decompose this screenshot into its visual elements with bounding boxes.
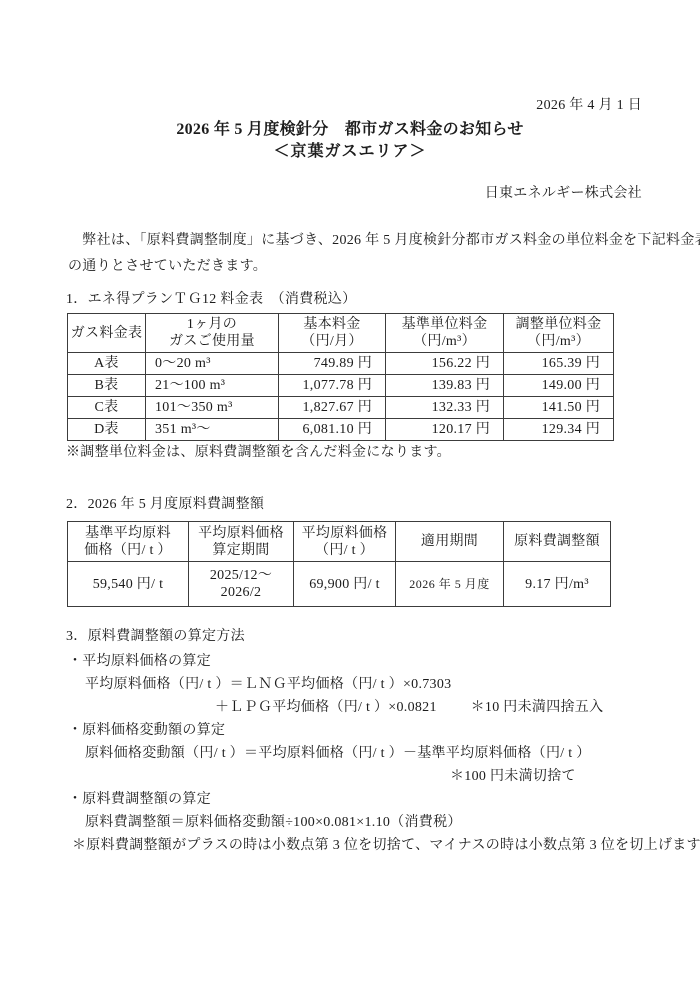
usage-cell: 0〜20 m³: [146, 353, 279, 375]
rate-class-cell: D表: [68, 419, 146, 441]
table-row: 59,540 円/ t 2025/12〜 2026/2 69,900 円/ t …: [68, 562, 611, 607]
calculation-period-line1: 2025/12〜: [189, 567, 293, 584]
company-name: 日東エネルギー株式会社: [0, 185, 642, 202]
th-calculation-period-line2: 算定期間: [189, 542, 293, 559]
base-charge-cell: 1,827.67 円: [279, 397, 386, 419]
formula-adjustment: 原料費調整額＝原料価格変動額÷100×0.081×1.10（消費税）: [68, 811, 700, 834]
rounding-note-10yen: ＊10 円未満四捨五入: [471, 696, 604, 719]
calculation-period-cell: 2025/12〜 2026/2: [189, 562, 294, 607]
th-monthly-usage: 1ヶ月の ガスご使用量: [146, 314, 279, 353]
document-area-subtitle: ＜京葉ガスエリア＞: [0, 142, 700, 162]
adjusted-unit-price-cell: 149.00 円: [504, 375, 614, 397]
standard-unit-price-cell: 132.33 円: [386, 397, 504, 419]
section1-heading: 1．エネ得プランＴＧ12 料金表 （消費税込）: [66, 291, 700, 308]
th-average-price-line1: 平均原料価格: [294, 525, 395, 542]
intro-line-1: 弊社は、「原料費調整制度」に基づき、2026 年 5 月度検針分都市ガス料金の単…: [68, 228, 650, 254]
th-average-price-line2: （円/ t ）: [294, 542, 395, 559]
th-average-price: 平均原料価格 （円/ t ）: [294, 522, 396, 562]
document-date: 2026 年 4 月 1 日: [0, 98, 642, 114]
adjustment-rounding-footnote: ＊原料費調整額がプラスの時は小数点第 3 位を切捨て、マイナスの時は小数点第 3…: [68, 834, 700, 857]
calculation-method-block: ・平均原料価格の算定 平均原料価格（円/ t ）＝ＬＮＧ平均価格（円/ t ）×…: [68, 650, 700, 857]
base-charge-cell: 6,081.10 円: [279, 419, 386, 441]
rate-table-note: ※調整単位料金は、原料費調整額を含んだ料金になります。: [66, 445, 700, 461]
adjusted-unit-price-cell: 141.50 円: [504, 397, 614, 419]
table-row: B表 21〜100 m³ 1,077.78 円 139.83 円 149.00 …: [68, 375, 614, 397]
th-standard-unit-price-line1: 基準単位料金: [386, 316, 503, 333]
formula-average-price: 平均原料価格（円/ t ）＝ＬＮＧ平均価格（円/ t ）×0.7303: [68, 673, 700, 696]
bullet-price-change-calc: ・原料価格変動額の算定: [68, 719, 700, 742]
intro-paragraph: 弊社は、「原料費調整制度」に基づき、2026 年 5 月度検針分都市ガス料金の単…: [68, 228, 650, 280]
rate-class-cell: A表: [68, 353, 146, 375]
formula-lpg-term: ＋ＬＰＧ平均価格（円/ t ）×0.0821: [215, 700, 437, 715]
intro-line-2: の通りとさせていただきます。: [68, 254, 650, 280]
th-adjusted-unit-price-line1: 調整単位料金: [504, 316, 613, 333]
section2-heading: 2．2026 年 5 月度原料費調整額: [66, 496, 700, 513]
th-standard-unit-price-line2: （円/m³）: [386, 333, 503, 350]
rate-class-cell: B表: [68, 375, 146, 397]
th-base-charge: 基本料金 （円/月）: [279, 314, 386, 353]
section3-heading: 3．原料費調整額の算定方法: [66, 628, 700, 645]
usage-cell: 21〜100 m³: [146, 375, 279, 397]
table-row: A表 0〜20 m³ 749.89 円 156.22 円 165.39 円: [68, 353, 614, 375]
th-adjusted-unit-price-line2: （円/m³）: [504, 333, 613, 350]
usage-cell: 101〜350 m³: [146, 397, 279, 419]
th-application-period: 適用期間: [396, 522, 504, 562]
adjusted-unit-price-cell: 129.34 円: [504, 419, 614, 441]
th-monthly-usage-line2: ガスご使用量: [146, 333, 278, 350]
th-adjustment-amount: 原料費調整額: [504, 522, 611, 562]
average-price-cell: 69,900 円/ t: [294, 562, 396, 607]
document-title: 2026 年 5 月度検針分 都市ガス料金のお知らせ: [0, 119, 700, 140]
calculation-period-line2: 2026/2: [189, 584, 293, 601]
th-standard-average-price-line2: 価格（円/ t ）: [68, 542, 188, 559]
th-base-charge-line1: 基本料金: [279, 316, 385, 333]
formula-average-price-continued: ＋ＬＰＧ平均価格（円/ t ）×0.0821 ＊10 円未満四捨五入: [68, 696, 700, 719]
th-adjusted-unit-price: 調整単位料金 （円/m³）: [504, 314, 614, 353]
gas-notice-document: 2026 年 4 月 1 日 2026 年 5 月度検針分 都市ガス料金のお知ら…: [0, 0, 700, 990]
adjustment-table-header-row: 基準平均原料 価格（円/ t ） 平均原料価格 算定期間 平均原料価格 （円/ …: [68, 522, 611, 562]
rounding-note-100yen: ＊100 円未満切捨て: [68, 765, 700, 788]
usage-cell: 351 m³〜: [146, 419, 279, 441]
th-calculation-period-line1: 平均原料価格: [189, 525, 293, 542]
table-row: C表 101〜350 m³ 1,827.67 円 132.33 円 141.50…: [68, 397, 614, 419]
bullet-average-price-calc: ・平均原料価格の算定: [68, 650, 700, 673]
th-standard-average-price-line1: 基準平均原料: [68, 525, 188, 542]
th-monthly-usage-line1: 1ヶ月の: [146, 316, 278, 333]
standard-unit-price-cell: 156.22 円: [386, 353, 504, 375]
adjustment-table: 基準平均原料 価格（円/ t ） 平均原料価格 算定期間 平均原料価格 （円/ …: [67, 521, 611, 607]
adjustment-amount-cell: 9.17 円/m³: [504, 562, 611, 607]
rate-class-cell: C表: [68, 397, 146, 419]
base-charge-cell: 749.89 円: [279, 353, 386, 375]
rate-table-header-row: ガス料金表 1ヶ月の ガスご使用量 基本料金 （円/月） 基準単位料金 （円/m…: [68, 314, 614, 353]
rate-table: ガス料金表 1ヶ月の ガスご使用量 基本料金 （円/月） 基準単位料金 （円/m…: [67, 313, 614, 441]
th-rate-class: ガス料金表: [68, 314, 146, 353]
th-standard-average-price: 基準平均原料 価格（円/ t ）: [68, 522, 189, 562]
standard-unit-price-cell: 120.17 円: [386, 419, 504, 441]
application-period-cell: 2026 年 5 月度: [396, 562, 504, 607]
table-row: D表 351 m³〜 6,081.10 円 120.17 円 129.34 円: [68, 419, 614, 441]
formula-price-change: 原料価格変動額（円/ t ）＝平均原料価格（円/ t ）－基準平均原料価格（円/…: [68, 742, 700, 765]
base-charge-cell: 1,077.78 円: [279, 375, 386, 397]
th-standard-unit-price: 基準単位料金 （円/m³）: [386, 314, 504, 353]
th-calculation-period: 平均原料価格 算定期間: [189, 522, 294, 562]
standard-unit-price-cell: 139.83 円: [386, 375, 504, 397]
th-base-charge-line2: （円/月）: [279, 333, 385, 350]
adjusted-unit-price-cell: 165.39 円: [504, 353, 614, 375]
standard-average-price-cell: 59,540 円/ t: [68, 562, 189, 607]
bullet-adjustment-calc: ・原料費調整額の算定: [68, 788, 700, 811]
